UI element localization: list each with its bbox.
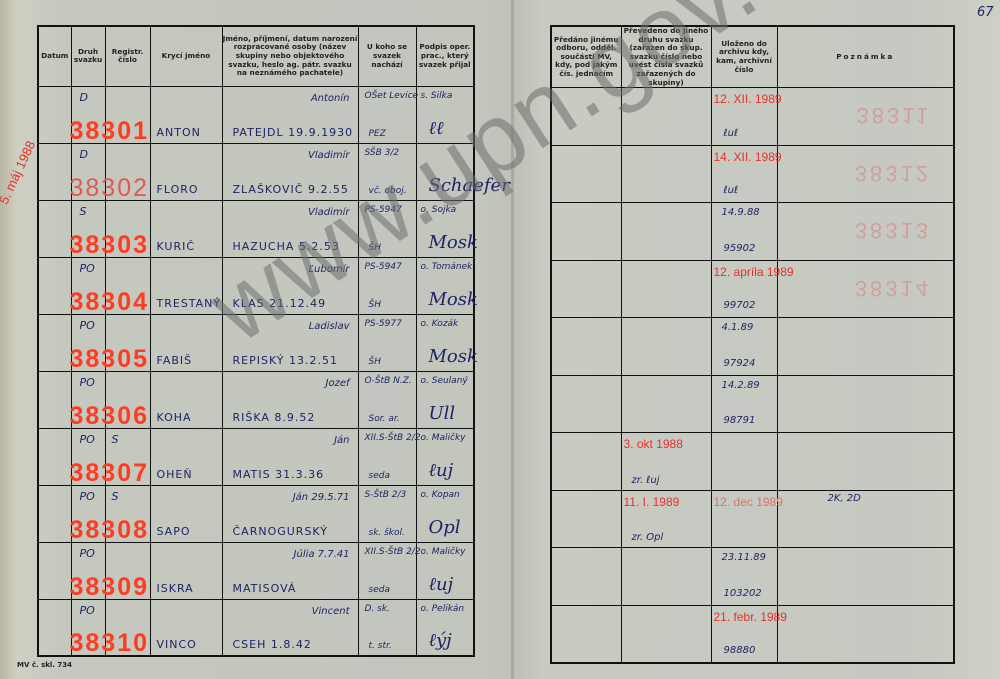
note-cell [777, 605, 954, 663]
location-cell: XII.S-ŠtB 2/2 seda [358, 428, 416, 485]
cover-name: ISKRA [157, 582, 194, 595]
first-name: Júlia 7.7.41 [294, 549, 350, 560]
person-cell: Júlia 7.7.41 MATISOVÁ [222, 542, 358, 599]
officer-cell: Schaefer [416, 143, 474, 200]
archive-date: 14.2.89 [722, 380, 760, 391]
handed-over-cell [551, 490, 621, 548]
cover-name-cell: OHEŇ [150, 428, 222, 485]
person-cell: Ján MATIS 31.3.36 [222, 428, 358, 485]
transferred-cell [621, 548, 711, 606]
date-cell [38, 599, 71, 656]
cover-name: SAPO [157, 525, 191, 538]
location-cell: PS-5977 ŠH [358, 314, 416, 371]
officer-cell: o. Pelikán ℓýj [416, 599, 474, 656]
handed-over-cell [551, 605, 621, 663]
person-cell: Ján 29.5.71 ČARNOGURSKÝ [222, 485, 358, 542]
officer-cell: o. Sojka Mosk [416, 200, 474, 257]
date-cell [38, 143, 71, 200]
header-person: Jméno, příjmení, datum narození rozpraco… [222, 26, 358, 86]
surname-dob: PATEJDL 19.9.1930 [233, 126, 354, 139]
officer-name: s. Silka [421, 91, 453, 101]
first-name: Ladislav [309, 321, 350, 332]
officer-name: o. Tománek [421, 262, 473, 272]
register-row: 14. XII. 1989 ℓuℓ 38312 [551, 145, 954, 203]
kind-cell: PO 38305 [71, 314, 105, 371]
register-row: D 38301 ANTON Antonín PATEJDL 19.9.1930 … [38, 86, 474, 143]
location-cell: PS-5947 ŠH [358, 257, 416, 314]
reg-number-stamp: 38305 [70, 345, 150, 374]
transferred-cell: 11. I. 1989 zr. Opl [621, 490, 711, 548]
cover-name: OHEŇ [157, 468, 193, 481]
handed-over-cell [551, 548, 621, 606]
right-header-row: Předáno jinému odboru, odděl. součásti M… [551, 26, 954, 88]
handed-over-cell [551, 203, 621, 261]
register-row: PO 38310 VINCO Vincent CSEH 1.8.42 D. sk… [38, 599, 474, 656]
transfer-date-stamp: 11. I. 1989 [624, 495, 680, 509]
transferred-cell [621, 318, 711, 376]
surname-dob: REPISKÝ 13.2.51 [233, 354, 338, 367]
note-cell [777, 433, 954, 491]
surname-dob: ČARNOGURSKÝ [233, 525, 328, 538]
cover-name-cell: FLORO [150, 143, 222, 200]
note-cell: 38312 [777, 145, 954, 203]
archive-number: 99702 [724, 300, 756, 311]
archived-cell: 12. dec 1989 [711, 490, 777, 548]
left-register-table: Datum Druh svazku Registr. číslo Krycí j… [37, 25, 475, 657]
kind-cell: D 38302 [71, 143, 105, 200]
register-row: 11. I. 1989 zr. Opl 12. dec 1989 2K, 2D [551, 490, 954, 548]
transferred-cell [621, 145, 711, 203]
kind-value: PO [80, 376, 95, 389]
note-cell: 38314 [777, 260, 954, 318]
location-bottom: Sor. ar. [369, 414, 400, 424]
first-name: Vladimír [308, 150, 350, 161]
officer-cell: s. Silka ℓℓ [416, 86, 474, 143]
cover-name-cell: TRESTANÝ [150, 257, 222, 314]
person-cell: Ladislav REPISKÝ 13.2.51 [222, 314, 358, 371]
register-row: 3. okt 1988 zr. ℓuj [551, 433, 954, 491]
transfer-date-stamp: 3. okt 1988 [624, 437, 683, 451]
reg-number-stamp: 38307 [70, 459, 150, 488]
date-cell [38, 257, 71, 314]
header-handed-over: Předáno jinému odboru, odděl. součásti M… [551, 26, 621, 88]
date-cell [38, 428, 71, 485]
archived-cell: 14.9.88 95902 [711, 203, 777, 261]
location-cell: OŠet Levice PEZ [358, 86, 416, 143]
cover-name: KURIČ [157, 240, 196, 253]
handed-over-cell [551, 88, 621, 146]
cover-name-cell: KURIČ [150, 200, 222, 257]
archive-date: 23.11.89 [722, 552, 767, 563]
offset-mirror-stamp: 38313 [855, 217, 931, 243]
archive-date-stamp: 14. XII. 1989 [714, 150, 782, 164]
archived-cell: 12. XII. 1989 ℓuℓ [711, 88, 777, 146]
transfer-signature: zr. Opl [632, 532, 664, 543]
date-cell [38, 314, 71, 371]
cover-name-cell: VINCO [150, 599, 222, 656]
transferred-cell [621, 88, 711, 146]
archive-date-stamp: 21. febr. 1989 [714, 610, 787, 624]
first-name: Ján [334, 435, 349, 446]
officer-name: o. Maličky [421, 433, 466, 443]
form-code: MV č. skl. 734 [17, 661, 72, 669]
officer-cell: o. Tománek Mosk [416, 257, 474, 314]
first-name: Jozef [326, 378, 350, 389]
location-top: PS-5947 [365, 262, 402, 272]
officer-signature: Mosk [429, 346, 478, 367]
location-top: SŠB 3/2 [365, 148, 400, 158]
officer-name: o. Kopan [421, 490, 460, 500]
officer-name: o. Maličky [421, 547, 466, 557]
cover-name-cell: ANTON [150, 86, 222, 143]
officer-signature: ℓℓ [429, 118, 444, 139]
transferred-cell [621, 260, 711, 318]
register-row: PO 38306 KOHA Jozef RIŠKA 8.9.52 O-ŠtB N… [38, 371, 474, 428]
header-officer: Podpis oper. prac., který svazek přijal [416, 26, 474, 86]
register-row: 21. febr. 1989 98880 [551, 605, 954, 663]
first-name: Vincent [312, 606, 350, 617]
kind-cell: PO S 38307 [71, 428, 105, 485]
header-reg-no: Registr. číslo [105, 26, 150, 86]
archived-cell: 14.2.89 98791 [711, 375, 777, 433]
location-top: XII.S-ŠtB 2/2 [365, 433, 421, 443]
kind-value: PO [80, 604, 95, 617]
kind-value: PO [80, 319, 95, 332]
person-cell: Vincent CSEH 1.8.42 [222, 599, 358, 656]
first-name: Ľubomír [308, 264, 349, 275]
location-bottom: ŠH [369, 357, 381, 367]
officer-signature: ℓuj [429, 460, 454, 481]
archived-cell: 12. apríla 1989 99702 [711, 260, 777, 318]
header-date: Datum [38, 26, 71, 86]
archive-date: 14.9.88 [722, 207, 760, 218]
handed-over-cell [551, 145, 621, 203]
surname-dob: KLAS 21.12.49 [233, 297, 327, 310]
officer-signature: ℓýj [429, 630, 452, 651]
archive-number: 95902 [724, 243, 756, 254]
reg-number-stamp: 38304 [70, 288, 150, 317]
date-cell [38, 371, 71, 428]
header-note: Poznámka [777, 26, 954, 88]
kind-value: PO [80, 547, 95, 560]
first-name: Antonín [311, 93, 350, 104]
location-cell: S-ŠtB 2/3 sk. škol. [358, 485, 416, 542]
reg-number-stamp: 38310 [70, 629, 150, 658]
date-cell [38, 485, 71, 542]
date-cell [38, 542, 71, 599]
reg-number-stamp: 38303 [70, 231, 150, 260]
register-row: PO 38309 ISKRA Júlia 7.7.41 MATISOVÁ XII… [38, 542, 474, 599]
archive-date-stamp: 12. XII. 1989 [714, 92, 782, 106]
kind-value: PO [80, 433, 95, 446]
kind-cell: PO 38304 [71, 257, 105, 314]
location-bottom: seda [369, 471, 390, 481]
archived-cell: 14. XII. 1989 ℓuℓ [711, 145, 777, 203]
officer-signature: Mosk [429, 289, 478, 310]
kind-cell: S 38303 [71, 200, 105, 257]
kind-value: D [80, 148, 88, 161]
note-cell [777, 375, 954, 433]
transferred-cell: 3. okt 1988 zr. ℓuj [621, 433, 711, 491]
person-cell: Vladimír ZLAŠKOVIČ 9.2.55 [222, 143, 358, 200]
surname-dob: CSEH 1.8.42 [233, 638, 312, 651]
kind-cell: D 38301 [71, 86, 105, 143]
offset-mirror-stamp: 38311 [856, 102, 931, 128]
register-row: 12. XII. 1989 ℓuℓ 38311 [551, 88, 954, 146]
archived-cell [711, 433, 777, 491]
kind-value: PO [80, 490, 95, 503]
kind-value: S [80, 205, 87, 218]
officer-cell: o. Kozák Mosk [416, 314, 474, 371]
archive-number: 98791 [724, 415, 756, 426]
archived-cell: 21. febr. 1989 98880 [711, 605, 777, 663]
transferred-cell [621, 203, 711, 261]
register-row: PO S 38307 OHEŇ Ján MATIS 31.3.36 XII.S-… [38, 428, 474, 485]
officer-cell: o. Seulaný Ull [416, 371, 474, 428]
header-transferred: Převedeno do jiného druhu svazku (zařaze… [621, 26, 711, 88]
note-cell [777, 548, 954, 606]
officer-cell: o. Maličky ℓuj [416, 542, 474, 599]
handed-over-cell [551, 318, 621, 376]
officer-name: o. Seulaný [421, 376, 468, 386]
archive-date: 4.1.89 [722, 322, 754, 333]
register-row: PO 38305 FABIŠ Ladislav REPISKÝ 13.2.51 … [38, 314, 474, 371]
person-cell: Vladimír HAZUCHA 5.2.53 [222, 200, 358, 257]
header-cover-name: Krycí jméno [150, 26, 222, 86]
kind-cell: PO 38306 [71, 371, 105, 428]
cover-name-cell: KOHA [150, 371, 222, 428]
officer-name: o. Pelikán [421, 604, 465, 614]
location-top: D. sk. [365, 604, 390, 614]
cover-name: ANTON [157, 126, 201, 139]
location-bottom: vč. oboj. [369, 186, 407, 196]
cover-name-cell: ISKRA [150, 542, 222, 599]
location-top: S-ŠtB 2/3 [365, 490, 407, 500]
kind-cell: PO 38309 [71, 542, 105, 599]
location-top: XII.S-ŠtB 2/2 [365, 547, 421, 557]
reg-number-stamp: 38308 [70, 516, 150, 545]
surname-dob: HAZUCHA 5.2.53 [233, 240, 340, 253]
archive-number: 97924 [724, 358, 756, 369]
location-top: OŠet Levice [365, 91, 419, 101]
register-row: 23.11.89 103202 [551, 548, 954, 606]
archive-number: 98880 [724, 645, 756, 656]
reg-number-stamp: 38301 [70, 117, 150, 146]
officer-name: o. Sojka [421, 205, 457, 215]
reg-number-stamp: 38309 [70, 573, 150, 602]
location-bottom: PEZ [369, 129, 386, 139]
register-row: PO S 38308 SAPO Ján 29.5.71 ČARNOGURSKÝ … [38, 485, 474, 542]
cover-name: FLORO [157, 183, 199, 196]
officer-cell: o. Kopan Opl [416, 485, 474, 542]
first-name: Vladimír [308, 207, 350, 218]
archive-number: ℓuℓ [724, 185, 739, 196]
officer-cell: o. Maličky ℓuj [416, 428, 474, 485]
cover-name: TRESTANÝ [157, 297, 222, 310]
date-cell [38, 200, 71, 257]
note-text: 2K, 2D [828, 493, 861, 504]
register-row: S 38303 KURIČ Vladimír HAZUCHA 5.2.53 PS… [38, 200, 474, 257]
reg-number-stamp: 38302 [70, 174, 150, 203]
surname-dob: RIŠKA 8.9.52 [233, 411, 316, 424]
register-row: D 38302 FLORO Vladimír ZLAŠKOVIČ 9.2.55 … [38, 143, 474, 200]
person-cell: Ľubomír KLAS 21.12.49 [222, 257, 358, 314]
transferred-cell [621, 375, 711, 433]
book-gutter [511, 0, 514, 679]
cover-name: VINCO [157, 638, 197, 651]
officer-signature: Ull [429, 403, 456, 424]
cover-name-cell: SAPO [150, 485, 222, 542]
location-cell: O-ŠtB N.Z. Sor. ar. [358, 371, 416, 428]
cover-name: KOHA [157, 411, 192, 424]
transferred-cell [621, 605, 711, 663]
header-location: U koho se svazek nachází [358, 26, 416, 86]
register-row: 4.1.89 97924 [551, 318, 954, 376]
kind-cell: PO 38310 [71, 599, 105, 656]
cover-name-cell: FABIŠ [150, 314, 222, 371]
handed-over-cell [551, 433, 621, 491]
location-cell: PS-5947 ŠH [358, 200, 416, 257]
location-cell: XII.S-ŠtB 2/2 seda [358, 542, 416, 599]
location-bottom: ŠH [369, 300, 381, 310]
location-top: PS-5977 [365, 319, 402, 329]
location-bottom: t. str. [369, 641, 392, 651]
handed-over-cell [551, 260, 621, 318]
officer-signature: Mosk [429, 232, 478, 253]
offset-mirror-stamp: 38312 [855, 160, 931, 186]
first-name: Ján 29.5.71 [293, 492, 350, 503]
note-cell: 2K, 2D [777, 490, 954, 548]
location-cell: SŠB 3/2 vč. oboj. [358, 143, 416, 200]
kind-value: PO [80, 262, 95, 275]
register-row: 14.2.89 98791 [551, 375, 954, 433]
location-top: O-ŠtB N.Z. [365, 376, 412, 386]
note-cell: 38311 [777, 88, 954, 146]
person-cell: Antonín PATEJDL 19.9.1930 [222, 86, 358, 143]
location-cell: D. sk. t. str. [358, 599, 416, 656]
location-bottom: seda [369, 585, 390, 595]
officer-signature: Schaefer [429, 175, 510, 196]
surname-dob: MATISOVÁ [233, 582, 297, 595]
reg-number-stamp: 38306 [70, 402, 150, 431]
archive-number: ℓuℓ [724, 128, 739, 139]
offset-mirror-stamp: 38314 [855, 275, 931, 301]
archived-cell: 23.11.89 103202 [711, 548, 777, 606]
kind-value: D [80, 91, 88, 104]
date-cell [38, 86, 71, 143]
handed-over-cell [551, 375, 621, 433]
officer-name: o. Kozák [421, 319, 459, 329]
archive-number: 103202 [724, 588, 762, 599]
left-header-row: Datum Druh svazku Registr. číslo Krycí j… [38, 26, 474, 86]
archived-cell: 4.1.89 97924 [711, 318, 777, 376]
officer-signature: Opl [429, 517, 461, 538]
register-row: 14.9.88 95902 38313 [551, 203, 954, 261]
archive-date-stamp: 12. dec 1989 [714, 495, 783, 509]
location-bottom: ŠH [369, 243, 381, 253]
header-kind: Druh svazku [71, 26, 105, 86]
surname-dob: MATIS 31.3.36 [233, 468, 325, 481]
page-number: 67 [977, 5, 994, 20]
officer-signature: ℓuj [429, 574, 454, 595]
person-cell: Jozef RIŠKA 8.9.52 [222, 371, 358, 428]
note-cell: 38313 [777, 203, 954, 261]
right-register-table: Předáno jinému odboru, odděl. součásti M… [550, 25, 955, 664]
location-top: PS-5947 [365, 205, 402, 215]
location-bottom: sk. škol. [369, 528, 405, 538]
cover-name: FABIŠ [157, 354, 193, 367]
header-archived: Uloženo do archivu kdy, kam, archivní čí… [711, 26, 777, 88]
surname-dob: ZLAŠKOVIČ 9.2.55 [233, 183, 349, 196]
register-row: 12. apríla 1989 99702 38314 [551, 260, 954, 318]
transfer-signature: zr. ℓuj [632, 475, 660, 486]
note-cell [777, 318, 954, 376]
kind-cell: PO S 38308 [71, 485, 105, 542]
register-row: PO 38304 TRESTANÝ Ľubomír KLAS 21.12.49 … [38, 257, 474, 314]
